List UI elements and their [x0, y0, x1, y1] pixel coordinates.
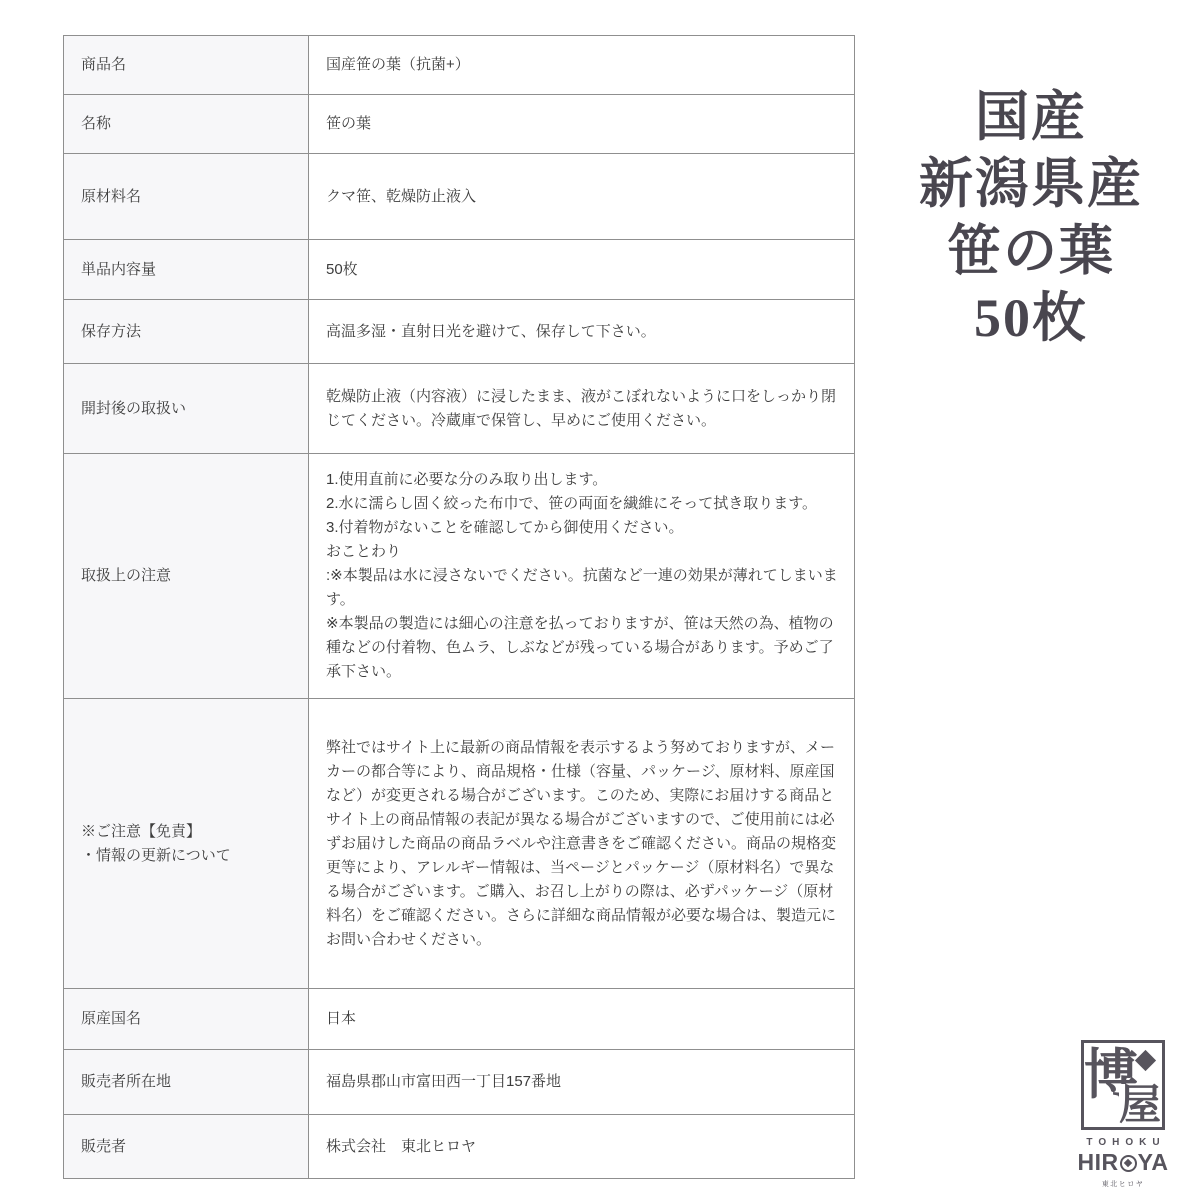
product-heading: 国産 新潟県産 笹の葉 50枚 [903, 84, 1159, 352]
row-label: 商品名 [64, 36, 309, 94]
logo-subtext: 東北ヒロヤ [1068, 1179, 1178, 1189]
table-row-ingredients: 原材料名 クマ笹、乾燥防止液入 [64, 153, 854, 239]
table-row-handling-precautions: 取扱上の注意 1.使用直前に必要な分のみ取り出します。 2.水に濡らし固く絞った… [64, 453, 854, 698]
product-heading-line: 50枚 [903, 285, 1159, 352]
row-label: 原産国名 [64, 989, 309, 1049]
row-value-text: クマ笹、乾燥防止液入 [326, 185, 476, 209]
row-value-text: 乾燥防止液（内容液）に浸したまま、液がこぼれないように口をしっかり閉じてください… [326, 385, 838, 433]
row-label: 名称 [64, 95, 309, 153]
row-value-text: 高温多湿・直射日光を避けて、保存して下さい。 [326, 320, 656, 344]
row-value: 高温多湿・直射日光を避けて、保存して下さい。 [309, 300, 854, 363]
table-row-unit-content: 単品内容量 50枚 [64, 239, 854, 299]
row-label: 単品内容量 [64, 240, 309, 299]
row-value-text: 50枚 [326, 258, 358, 282]
logo-hiroya-left: HIR [1078, 1149, 1119, 1176]
product-heading-line: 国産 [903, 84, 1159, 151]
logo-tohoku-text: TOHOKU [1068, 1137, 1178, 1148]
table-row-seller-address: 販売者所在地 福島県郡山市富田西一丁目157番地 [64, 1049, 854, 1114]
row-label: 取扱上の注意 [64, 454, 309, 698]
row-value: 乾燥防止液（内容液）に浸したまま、液がこぼれないように口をしっかり閉じてください… [309, 364, 854, 453]
row-value-text: 国産笹の葉（抗菌+） [326, 53, 470, 77]
hiroya-o-diamond-icon [1120, 1155, 1137, 1172]
row-value-text: 弊社ではサイト上に最新の商品情報を表示するよう努めておりますが、メーカーの都合等… [326, 736, 838, 952]
diamond-icon [1124, 1159, 1132, 1167]
row-label: ※ご注意【免責】 ・情報の更新について [64, 699, 309, 988]
logo-hiroya-right: YA [1138, 1149, 1169, 1176]
row-value-text: 福島県郡山市富田西一丁目157番地 [326, 1070, 561, 1094]
row-value: 株式会社 東北ヒロヤ [309, 1115, 854, 1178]
product-spec-table: 商品名 国産笹の葉（抗菌+） 名称 笹の葉 原材料名 クマ笹、乾燥防止液入 単品… [63, 35, 855, 1179]
row-label: 販売者所在地 [64, 1050, 309, 1114]
row-label: 開封後の取扱い [64, 364, 309, 453]
row-value: クマ笹、乾燥防止液入 [309, 154, 854, 239]
brand-logo: 博 屋 TOHOKU HIR YA 東北ヒロヤ [1068, 1040, 1178, 1189]
logo-hiroya-text: HIR YA [1068, 1149, 1178, 1176]
row-value-text: 株式会社 東北ヒロヤ [326, 1135, 476, 1159]
hiroya-emblem-icon: 博 屋 [1081, 1040, 1165, 1130]
row-value-text: 日本 [326, 1007, 356, 1031]
row-label: 原材料名 [64, 154, 309, 239]
row-value: 50枚 [309, 240, 854, 299]
table-row-product-name: 商品名 国産笹の葉（抗菌+） [64, 36, 854, 94]
product-heading-line: 笹の葉 [903, 218, 1159, 285]
row-value: 福島県郡山市富田西一丁目157番地 [309, 1050, 854, 1114]
diamond-icon [1135, 1050, 1156, 1071]
emblem-kanji-ya: 屋 [1119, 1084, 1161, 1126]
table-row-disclaimer: ※ご注意【免責】 ・情報の更新について 弊社ではサイト上に最新の商品情報を表示す… [64, 698, 854, 988]
product-heading-line: 新潟県産 [903, 151, 1159, 218]
table-row-seller: 販売者 株式会社 東北ヒロヤ [64, 1114, 854, 1178]
row-label: 販売者 [64, 1115, 309, 1178]
row-value: 日本 [309, 989, 854, 1049]
table-row-name: 名称 笹の葉 [64, 94, 854, 153]
row-value: 国産笹の葉（抗菌+） [309, 36, 854, 94]
table-row-storage: 保存方法 高温多湿・直射日光を避けて、保存して下さい。 [64, 299, 854, 363]
table-row-after-opening: 開封後の取扱い 乾燥防止液（内容液）に浸したまま、液がこぼれないように口をしっか… [64, 363, 854, 453]
row-value: 弊社ではサイト上に最新の商品情報を表示するよう努めておりますが、メーカーの都合等… [309, 699, 854, 988]
row-label: 保存方法 [64, 300, 309, 363]
row-value-text: 1.使用直前に必要な分のみ取り出します。 2.水に濡らし固く絞った布巾で、笹の両… [326, 468, 838, 684]
row-value: 笹の葉 [309, 95, 854, 153]
row-value: 1.使用直前に必要な分のみ取り出します。 2.水に濡らし固く絞った布巾で、笹の両… [309, 454, 854, 698]
row-value-text: 笹の葉 [326, 112, 371, 136]
table-row-country-of-origin: 原産国名 日本 [64, 988, 854, 1049]
